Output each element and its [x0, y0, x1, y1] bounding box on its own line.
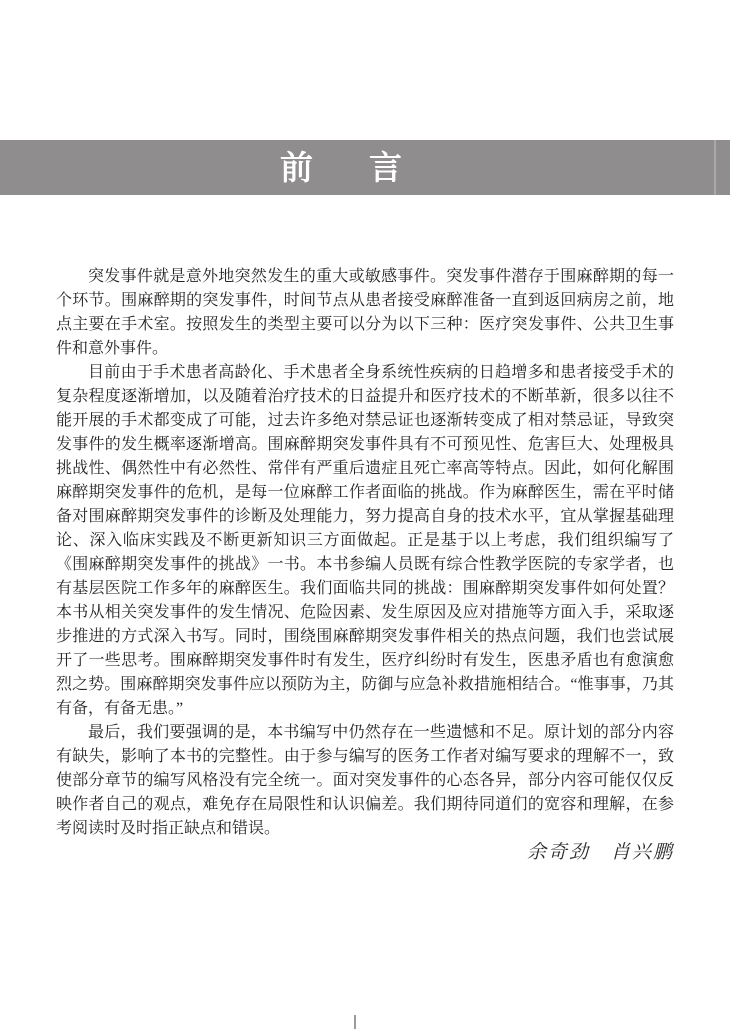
preface-title-char-qian: 前: [280, 151, 313, 184]
page-cut-mark: [354, 1015, 356, 1029]
preface-header-bar: 前 言: [0, 140, 730, 195]
scan-seam-line: [714, 140, 716, 195]
preface-paragraph-2: 目前由于手术患者高龄化、手术患者全身系统性疾病的日趋增多和患者接受手术的复杂程度…: [56, 361, 674, 721]
preface-paragraph-3: 最后，我们要强调的是，本书编写中仍然存在一些遗憾和不足。原计划的部分内容有缺失，…: [56, 721, 674, 841]
preface-title: 前 言: [280, 151, 402, 184]
document-page: 前 言 突发事件就是意外地突然发生的重大或敏感事件。突发事件潜存于围麻醉期的每一…: [0, 0, 730, 1029]
preface-body: 突发事件就是意外地突然发生的重大或敏感事件。突发事件潜存于围麻醉期的每一个环节。…: [56, 265, 674, 865]
preface-title-char-yan: 言: [369, 151, 402, 184]
authors-signature: 余奇劲 肖兴鹏: [56, 841, 674, 865]
preface-paragraph-1: 突发事件就是意外地突然发生的重大或敏感事件。突发事件潜存于围麻醉期的每一个环节。…: [56, 265, 674, 361]
